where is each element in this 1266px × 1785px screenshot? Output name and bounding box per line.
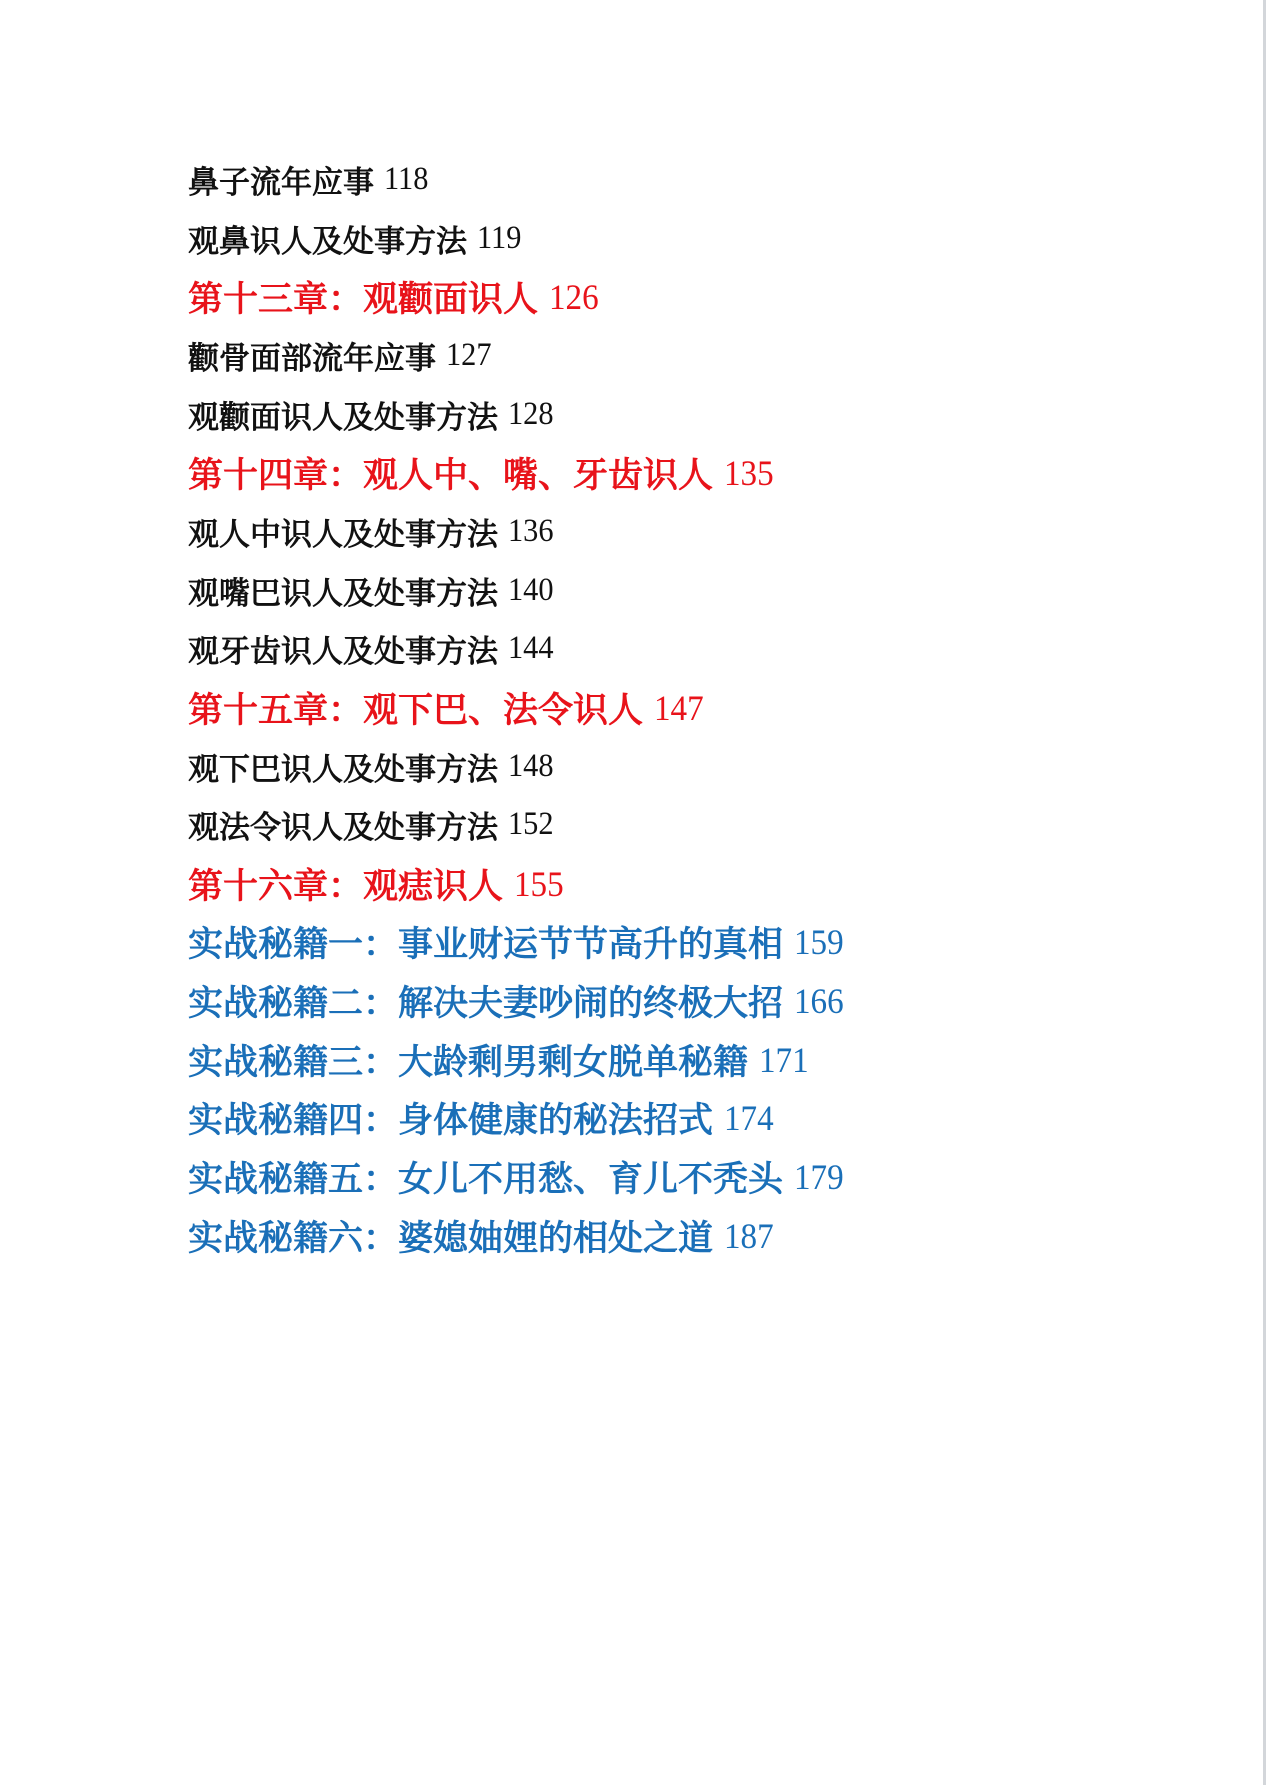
toc-entry-bonus[interactable]: 实战秘籍六：婆媳妯娌的相处之道187 [188, 1206, 848, 1265]
toc-entry-title: 第十四章：观人中、嘴、牙齿识人 [188, 448, 713, 498]
toc-entry-page-number: 179 [794, 1156, 844, 1198]
toc-entry-chapter[interactable]: 第十四章：观人中、嘴、牙齿识人135 [188, 443, 848, 502]
toc-entry-title: 第十六章：观痣识人 [188, 859, 503, 909]
toc-entry-page-number: 148 [508, 748, 554, 785]
toc-entry-page-number: 135 [724, 452, 774, 494]
toc-entry-bonus[interactable]: 实战秘籍四：身体健康的秘法招式174 [188, 1089, 848, 1148]
toc-entry-page-number: 119 [477, 220, 521, 257]
toc-entry-title: 颧骨面部流年应事 [188, 333, 436, 378]
toc-entry-page-number: 187 [724, 1215, 774, 1257]
toc-entry-title: 观嘴巴识人及处事方法 [188, 568, 498, 613]
toc-entry-title: 实战秘籍五：女儿不用愁、育儿不秃头 [188, 1152, 783, 1202]
toc-entry-title: 第十五章：观下巴、法令识人 [188, 683, 643, 733]
table-of-contents: 鼻子流年应事118 观鼻识人及处事方法119 第十三章：观颧面识人126 颧骨面… [188, 150, 848, 1265]
toc-entry-section[interactable]: 观法令识人及处事方法152 [188, 796, 848, 855]
toc-entry-section[interactable]: 观鼻识人及处事方法119 [188, 209, 848, 268]
toc-entry-section[interactable]: 鼻子流年应事118 [188, 150, 848, 209]
toc-entry-page-number: 171 [759, 1039, 809, 1081]
toc-entry-page-number: 155 [514, 863, 564, 905]
toc-entry-title: 观法令识人及处事方法 [188, 802, 498, 847]
toc-entry-page-number: 152 [508, 806, 554, 843]
toc-entry-title: 实战秘籍六：婆媳妯娌的相处之道 [188, 1211, 713, 1261]
toc-entry-title: 实战秘籍四：身体健康的秘法招式 [188, 1093, 713, 1143]
toc-entry-page-number: 136 [508, 513, 554, 550]
toc-entry-title: 观颧面识人及处事方法 [188, 392, 498, 437]
toc-entry-title: 实战秘籍三：大龄剩男剩女脱单秘籍 [188, 1035, 748, 1085]
toc-entry-bonus[interactable]: 实战秘籍五：女儿不用愁、育儿不秃头179 [188, 1148, 848, 1207]
toc-entry-title: 观下巴识人及处事方法 [188, 744, 498, 789]
toc-entry-page-number: 147 [654, 687, 704, 729]
toc-entry-section[interactable]: 颧骨面部流年应事127 [188, 326, 848, 385]
toc-entry-chapter[interactable]: 第十六章：观痣识人155 [188, 854, 848, 913]
toc-entry-title: 实战秘籍一：事业财运节节高升的真相 [188, 917, 783, 967]
toc-entry-page-number: 128 [508, 396, 554, 433]
toc-entry-title: 实战秘籍二：解决夫妻吵闹的终极大招 [188, 976, 783, 1026]
toc-entry-title: 观鼻识人及处事方法 [188, 216, 467, 261]
toc-entry-page-number: 140 [508, 572, 554, 609]
toc-entry-chapter[interactable]: 第十三章：观颧面识人126 [188, 267, 848, 326]
toc-entry-section[interactable]: 观颧面识人及处事方法128 [188, 385, 848, 444]
toc-entry-title: 鼻子流年应事 [188, 157, 374, 202]
toc-entry-page-number: 159 [794, 921, 844, 963]
toc-entry-page-number: 127 [446, 337, 492, 374]
toc-entry-page-number: 126 [549, 276, 599, 318]
toc-entry-page-number: 174 [724, 1097, 774, 1139]
toc-entry-title: 观人中识人及处事方法 [188, 509, 498, 554]
toc-entry-section[interactable]: 观人中识人及处事方法136 [188, 502, 848, 561]
document-page: 鼻子流年应事118 观鼻识人及处事方法119 第十三章：观颧面识人126 颧骨面… [0, 0, 1263, 1785]
toc-entry-section[interactable]: 观嘴巴识人及处事方法140 [188, 561, 848, 620]
toc-entry-page-number: 144 [508, 630, 554, 667]
toc-entry-section[interactable]: 观牙齿识人及处事方法144 [188, 620, 848, 679]
toc-entry-chapter[interactable]: 第十五章：观下巴、法令识人147 [188, 678, 848, 737]
toc-entry-page-number: 166 [794, 980, 844, 1022]
toc-entry-section[interactable]: 观下巴识人及处事方法148 [188, 737, 848, 796]
toc-entry-bonus[interactable]: 实战秘籍三：大龄剩男剩女脱单秘籍171 [188, 1030, 848, 1089]
toc-entry-page-number: 118 [384, 161, 428, 198]
toc-entry-title: 观牙齿识人及处事方法 [188, 626, 498, 671]
toc-entry-title: 第十三章：观颧面识人 [188, 272, 538, 322]
toc-entry-bonus[interactable]: 实战秘籍二：解决夫妻吵闹的终极大招166 [188, 972, 848, 1031]
toc-entry-bonus[interactable]: 实战秘籍一：事业财运节节高升的真相159 [188, 913, 848, 972]
